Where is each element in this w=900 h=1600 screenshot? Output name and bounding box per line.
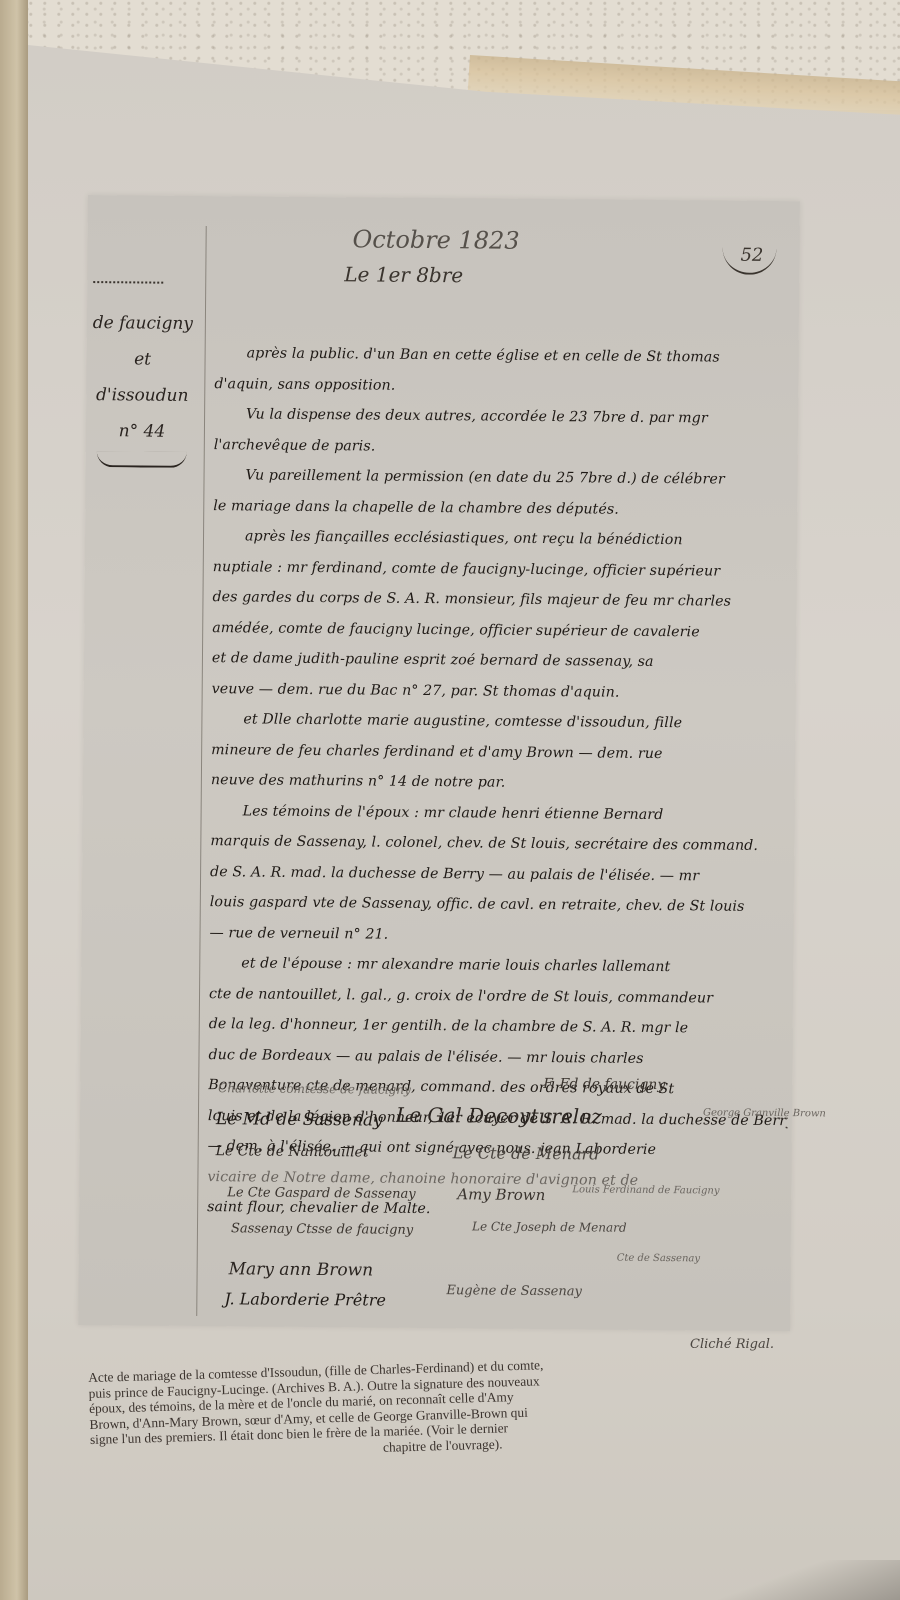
margin-line: de faucigny	[87, 305, 199, 342]
signature: Mary ann Brown	[229, 1259, 374, 1280]
record-line: veuve — dem. rue du Bac n° 27, par. St t…	[212, 674, 792, 710]
folio-label: 52	[740, 245, 763, 266]
signature: Le Gal Decoytureloz	[396, 1103, 602, 1129]
record-line: le mariage dans la chapelle de la chambr…	[213, 491, 793, 527]
signature: Le Cte de Menard	[453, 1143, 600, 1163]
record-line: louis gaspard vte de Sassenay, offic. de…	[210, 887, 790, 923]
record-line: de la leg. d'honneur, 1er gentilh. de la…	[209, 1009, 789, 1045]
signature: Sassenay Ctsse de faucigny	[231, 1221, 413, 1238]
signature: Eugène de Sassenay	[446, 1283, 582, 1299]
record-line: duc de Bordeaux — au palais de l'élisée.…	[208, 1040, 788, 1076]
header-month-year: Octobre 1823	[353, 225, 520, 254]
header-date: Le 1er 8bre	[344, 262, 463, 287]
signature: F. Fd de faucigny	[543, 1076, 665, 1093]
photo-credit: Cliché Rigal.	[690, 1337, 774, 1352]
signature: Le Cte Gaspard de Sassenay	[227, 1185, 415, 1202]
signature: Louis Ferdinand de Faucigny	[572, 1184, 719, 1196]
record-line: Vu pareillement la permission (en date d…	[213, 460, 793, 496]
record-line: de S. A. R. mad. la duchesse de Berry — …	[210, 857, 790, 893]
record-line: — rue de verneuil n° 21.	[209, 918, 789, 954]
record-line: après la public. d'un Ban en cette églis…	[214, 338, 794, 374]
record-line: et de dame judith-pauline esprit zoé ber…	[212, 643, 792, 679]
book-spine-edge	[0, 0, 28, 1600]
record-line: nuptiale : mr ferdinand, comte de faucig…	[213, 552, 793, 588]
record-line: des gardes du corps de S. A. R. monsieur…	[212, 582, 792, 618]
margin-line: n° 44	[86, 413, 198, 450]
margin-flourish	[93, 269, 163, 284]
record-line: Vu la dispense des deux autres, accordée…	[214, 399, 794, 435]
margin-line: et	[86, 341, 198, 378]
record-line: et Dlle charlotte marie augustine, comte…	[211, 704, 791, 740]
signature-block: Charlotte comtesse de faucignyF. Fd de f…	[206, 1081, 788, 1326]
record-line: cte de nantouillet, l. gal., g. croix de…	[209, 979, 789, 1015]
signature: Amy Brown	[457, 1185, 545, 1204]
record-line: l'archevêque de paris.	[214, 430, 794, 466]
record-line: amédée, comte de faucigny lucinge, offic…	[212, 613, 792, 649]
record-line: et de l'épouse : mr alexandre marie loui…	[209, 948, 789, 984]
record-line: marquis de Sassenay, l. colonel, chev. d…	[210, 826, 790, 862]
record-line: mineure de feu charles ferdinand et d'am…	[211, 735, 791, 771]
signature: Le Cte Joseph de Menard	[472, 1219, 627, 1234]
corner-shadow	[700, 1560, 900, 1600]
record-line: après les fiançailles ecclésiastiques, o…	[213, 521, 793, 557]
manuscript-facsimile: Octobre 1823 Le 1er 8bre 52 de faucigny …	[78, 195, 800, 1331]
margin-line: d'issoudun	[86, 377, 198, 414]
signature: George Granville Brown	[703, 1107, 826, 1119]
record-line: neuve des mathurins n° 14 de notre par.	[211, 765, 791, 801]
signature: Le Cte de Nantouillet	[216, 1143, 369, 1160]
margin-swash	[97, 451, 187, 468]
margin-annotation: de faucigny et d'issoudun n° 44	[86, 305, 199, 468]
folio-number: 52	[722, 243, 776, 275]
signature: Cte de Sassenay	[617, 1253, 700, 1265]
signature: Le Md de Sassenay	[216, 1109, 383, 1130]
figure-caption: Acte de mariage de la comtesse d'Issoudu…	[88, 1350, 795, 1463]
record-line: Les témoins de l'époux : mr claude henri…	[210, 796, 790, 832]
signature: J. Laborderie Prêtre	[224, 1289, 386, 1309]
record-line: d'aquin, sans opposition.	[214, 369, 794, 405]
signature: Charlotte comtesse de faucigny	[218, 1081, 411, 1097]
